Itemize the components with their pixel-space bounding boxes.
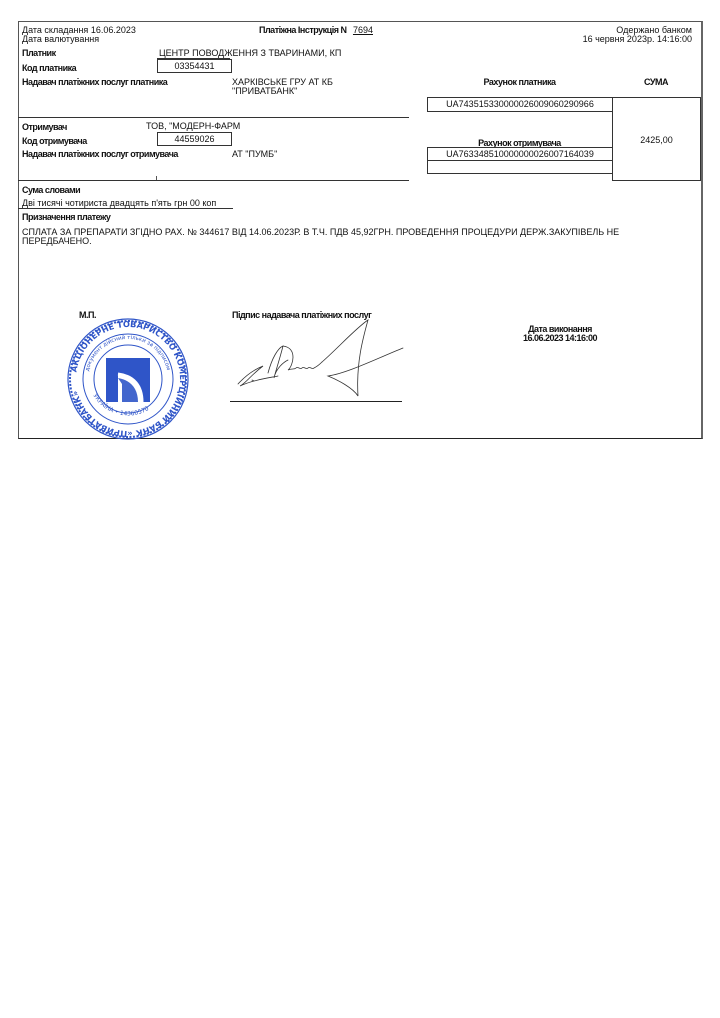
- purpose-line2: ПЕРЕДБАЧЕНО.: [22, 236, 92, 246]
- recipient-account: UA763348510000000026007164039: [446, 149, 594, 159]
- payer-provider-label: Надавач платіжних послуг платника: [22, 77, 167, 87]
- recipient-name: ТОВ, "МОДЕРН-ФАРМ: [146, 121, 240, 131]
- recipient-code-label: Код отримувача: [22, 136, 87, 146]
- payer-provider-line2: "ПРИВАТБАНК": [232, 86, 297, 96]
- instruction-title: Платіжна Інструкція N 7694: [259, 25, 373, 35]
- payer-code-box: 03354431: [157, 59, 232, 73]
- amount-words-label: Сума словами: [22, 185, 80, 195]
- payer-account: UA743515330000026009060290966: [446, 99, 594, 109]
- payer-code: 03354431: [174, 61, 214, 71]
- separator-payer: [18, 117, 409, 118]
- payer-account-label: Рахунок платника: [427, 77, 612, 87]
- separator-recipient: [18, 180, 409, 181]
- signature-icon: [228, 318, 408, 403]
- signature-line: [230, 401, 402, 402]
- received-by-bank-datetime: 16 червня 2023р. 14:16:00: [583, 34, 692, 44]
- purpose-line1: СПЛАТА ЗА ПРЕПАРАТИ ЗГІДНО РАХ. № 344617…: [22, 227, 619, 237]
- amount-label: СУМА: [612, 77, 700, 87]
- instruction-title-label: Платіжна Інструкція N: [259, 25, 346, 35]
- payer-account-box: UA743515330000026009060290966: [427, 97, 613, 112]
- tick-mark: [156, 176, 157, 180]
- instruction-number: 7694: [353, 25, 373, 35]
- amount-words-underline: [18, 208, 233, 209]
- payer-label: Платник: [22, 48, 56, 58]
- recipient-label: Отримувач: [22, 122, 67, 132]
- recipient-account-extra-box: [427, 160, 613, 174]
- recipient-code: 44559026: [174, 134, 214, 144]
- recipient-provider-label: Надавач платіжних послуг отримувача: [22, 149, 178, 159]
- payer-name: ЦЕНТР ПОВОДЖЕННЯ З ТВАРИНАМИ, КП: [159, 48, 341, 58]
- amount-value: 2425,00: [640, 135, 673, 145]
- amount-box: 2425,00: [612, 97, 701, 181]
- recipient-code-box: 44559026: [157, 132, 232, 146]
- recipient-account-box: UA763348510000000026007164039: [427, 147, 613, 161]
- execution-datetime: 16.06.2023 14:16:00: [480, 333, 640, 343]
- bank-stamp-icon: АКЦІОНЕРНЕ ТОВАРИСТВО КОМЕРЦІЙНИЙ БАНК «…: [62, 318, 194, 440]
- amount-words-value: Дві тисячі чотириста двадцять п'ять грн …: [22, 198, 216, 208]
- value-date-label: Дата валютування: [22, 34, 99, 44]
- payer-code-label: Код платника: [22, 63, 76, 73]
- recipient-provider: АТ "ПУМБ": [232, 149, 277, 159]
- purpose-label: Призначення платежу: [22, 212, 110, 222]
